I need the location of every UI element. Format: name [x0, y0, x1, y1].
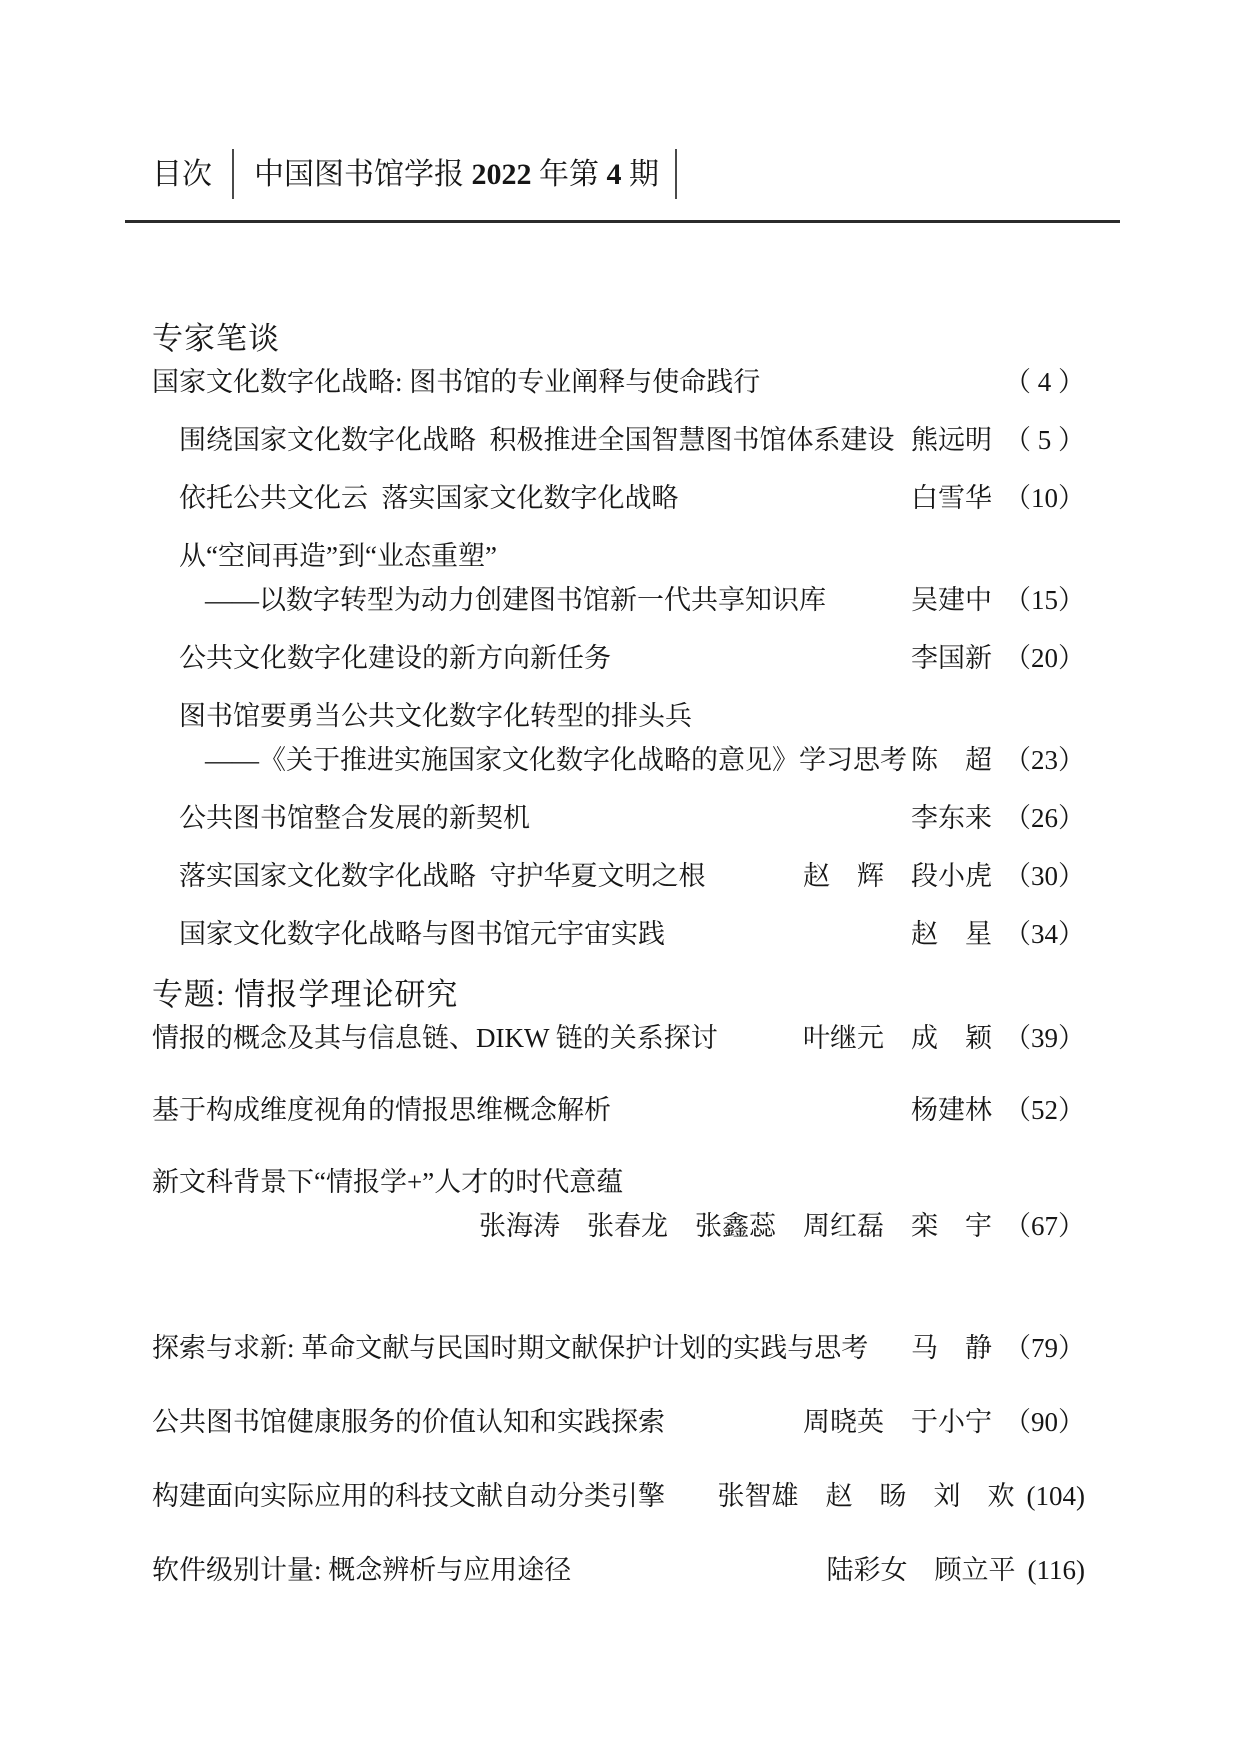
toc-entry-row: 从“空间再造”到“业态重塑”: [152, 538, 1085, 574]
entry-authors: 赵 辉 段小虎: [803, 858, 992, 894]
entry-authors: 熊远明: [911, 422, 992, 458]
toc-entry-row: 情报的概念及其与信息链、DIKW 链的关系探讨 叶继元 成 颖 （39）: [152, 1020, 1085, 1056]
toc-label: 目次: [152, 152, 212, 197]
entry-authors: 张海涛 张春龙 张鑫蕊 周红磊 栾 宇: [479, 1208, 992, 1244]
toc-entry-row: 构建面向实际应用的科技文献自动分类引擎 张智雄 赵 旸 刘 欢 (104): [152, 1478, 1085, 1514]
entry-page-number: （15）: [1004, 582, 1085, 618]
entry-authors: 叶继元 成 颖: [803, 1020, 992, 1056]
entry-page-number: （52）: [1004, 1092, 1085, 1128]
toc-section: 专题: 情报学理论研究 情报的概念及其与信息链、DIKW 链的关系探讨 叶继元 …: [152, 974, 1085, 1244]
journal-issue-number: 4: [607, 158, 622, 191]
journal-name: 中国图书馆学报: [254, 158, 464, 191]
entry-page-number: （26）: [1004, 800, 1085, 836]
entry-title: 探索与求新: 革命文献与民国时期文献保护计划的实践与思考: [152, 1330, 868, 1366]
journal-issue-suffix: 期: [629, 158, 659, 191]
entry-authors: 李东来: [911, 800, 992, 836]
entry-authors: 杨建林: [911, 1092, 992, 1128]
toc-entry-row: 公共文化数字化建设的新方向新任务 李国新 （20）: [152, 640, 1085, 676]
entry-page-number: （20）: [1004, 640, 1085, 676]
toc-entry-row: 国家文化数字化战略: 图书馆的专业阐释与使命践行 （ 4 ）: [152, 364, 1085, 400]
toc-entry-row: 公共图书馆健康服务的价值认知和实践探索 周晓英 于小宁 （90）: [152, 1404, 1085, 1440]
section-rows: 探索与求新: 革命文献与民国时期文献保护计划的实践与思考 马 静 （79） 公共…: [152, 1330, 1085, 1588]
entry-authors: 白雪华: [911, 480, 992, 516]
header-divider-right: [675, 149, 677, 199]
entry-title: 软件级别计量: 概念辨析与应用途径: [152, 1552, 571, 1588]
entry-authors: 赵 星: [911, 916, 992, 952]
toc-entry-row: 探索与求新: 革命文献与民国时期文献保护计划的实践与思考 马 静 （79）: [152, 1330, 1085, 1366]
journal-year-suffix: 年第: [539, 158, 599, 191]
entry-title: 公共图书馆健康服务的价值认知和实践探索: [152, 1404, 665, 1440]
toc-entry-row: 围绕国家文化数字化战略 积极推进全国智慧图书馆体系建设 熊远明 （ 5 ）: [152, 422, 1085, 458]
entry-page-number: （67）: [1004, 1208, 1085, 1244]
toc-entry-row: 图书馆要勇当公共文化数字化转型的排头兵: [152, 698, 1085, 734]
toc-section: 专家笔谈 国家文化数字化战略: 图书馆的专业阐释与使命践行 （ 4 ） 围绕国家…: [152, 318, 1085, 952]
entry-title: ——《关于推进实施国家文化数字化战略的意见》学习思考: [152, 742, 907, 778]
entry-title: 新文科背景下“情报学+”人才的时代意蕴: [152, 1164, 623, 1200]
entry-page-number: (104): [1027, 1478, 1085, 1514]
toc-entry-row: 基于构成维度视角的情报思维概念解析 杨建林 （52）: [152, 1092, 1085, 1128]
toc-section: 探索与求新: 革命文献与民国时期文献保护计划的实践与思考 马 静 （79） 公共…: [152, 1330, 1085, 1588]
toc-entry-row: ——以数字转型为动力创建图书馆新一代共享知识库 吴建中 （15）: [152, 582, 1085, 618]
toc-entry-row: 依托公共文化云 落实国家文化数字化战略 白雪华 （10）: [152, 480, 1085, 516]
section-heading: 专题: 情报学理论研究: [152, 974, 1085, 1016]
entry-page-number: （34）: [1004, 916, 1085, 952]
entry-page-number: （79）: [1004, 1330, 1085, 1366]
entry-title: 公共图书馆整合发展的新契机: [152, 800, 530, 836]
entry-title: 构建面向实际应用的科技文献自动分类引擎: [152, 1478, 665, 1514]
entry-title: 情报的概念及其与信息链、DIKW 链的关系探讨: [152, 1020, 718, 1056]
section-heading: 专家笔谈: [152, 318, 1085, 360]
entry-title: 基于构成维度视角的情报思维概念解析: [152, 1092, 611, 1128]
entry-page-number: （ 4 ）: [1004, 364, 1085, 400]
entry-authors: 周晓英 于小宁: [803, 1404, 992, 1440]
entry-authors: 马 静: [911, 1330, 992, 1366]
entry-authors: 陆彩女 顾立平: [827, 1552, 1016, 1588]
entry-page-number: （10）: [1004, 480, 1085, 516]
entry-title: 图书馆要勇当公共文化数字化转型的排头兵: [152, 698, 692, 734]
entry-page-number: （39）: [1004, 1020, 1085, 1056]
journal-year: 2022: [472, 158, 532, 191]
journal-title: 中国图书馆学报 2022 年第 4 期: [254, 152, 659, 197]
entry-authors: 陈 超: [911, 742, 992, 778]
entry-title: 依托公共文化云 落实国家文化数字化战略: [152, 480, 679, 516]
entry-authors: 吴建中: [911, 582, 992, 618]
entry-title: 国家文化数字化战略与图书馆元宇宙实践: [152, 916, 665, 952]
section-rows: 国家文化数字化战略: 图书馆的专业阐释与使命践行 （ 4 ） 围绕国家文化数字化…: [152, 364, 1085, 952]
journal-header: 目次 中国图书馆学报 2022 年第 4 期: [152, 150, 1085, 198]
entry-title: 国家文化数字化战略: 图书馆的专业阐释与使命践行: [152, 364, 760, 400]
toc-entry-row: ——《关于推进实施国家文化数字化战略的意见》学习思考 陈 超 （23）: [152, 742, 1085, 778]
toc-entry-row: 国家文化数字化战略与图书馆元宇宙实践 赵 星 （34）: [152, 916, 1085, 952]
entry-page-number: （30）: [1004, 858, 1085, 894]
toc-entry-row: 张海涛 张春龙 张鑫蕊 周红磊 栾 宇 （67）: [152, 1208, 1085, 1244]
entry-page-number: （ 5 ）: [1004, 422, 1085, 458]
header-rule: [125, 220, 1120, 223]
toc-entry-row: 落实国家文化数字化战略 守护华夏文明之根 赵 辉 段小虎 （30）: [152, 858, 1085, 894]
toc-entry-row: 新文科背景下“情报学+”人才的时代意蕴: [152, 1164, 1085, 1200]
entry-authors: 李国新: [911, 640, 992, 676]
entry-page-number: (116): [1028, 1552, 1085, 1588]
entry-authors: 张智雄 赵 旸 刘 欢: [718, 1478, 1015, 1514]
toc-sections: 专家笔谈 国家文化数字化战略: 图书馆的专业阐释与使命践行 （ 4 ） 围绕国家…: [152, 318, 1085, 1588]
toc-entry-row: 软件级别计量: 概念辨析与应用途径 陆彩女 顾立平 (116): [152, 1552, 1085, 1588]
entry-title: 围绕国家文化数字化战略 积极推进全国智慧图书馆体系建设: [152, 422, 895, 458]
entry-title: 从“空间再造”到“业态重塑”: [152, 538, 497, 574]
entry-page-number: （23）: [1004, 742, 1085, 778]
journal-toc-page: 目次 中国图书馆学报 2022 年第 4 期 专家笔谈 国家文化数字化战略: 图…: [0, 0, 1243, 1747]
toc-entry-row: 公共图书馆整合发展的新契机 李东来 （26）: [152, 800, 1085, 836]
entry-title: 公共文化数字化建设的新方向新任务: [152, 640, 611, 676]
header-divider-left: [232, 149, 234, 199]
section-rows: 情报的概念及其与信息链、DIKW 链的关系探讨 叶继元 成 颖 （39） 基于构…: [152, 1020, 1085, 1244]
entry-title: ——以数字转型为动力创建图书馆新一代共享知识库: [152, 582, 826, 618]
entry-page-number: （90）: [1004, 1404, 1085, 1440]
entry-title: 落实国家文化数字化战略 守护华夏文明之根: [152, 858, 706, 894]
